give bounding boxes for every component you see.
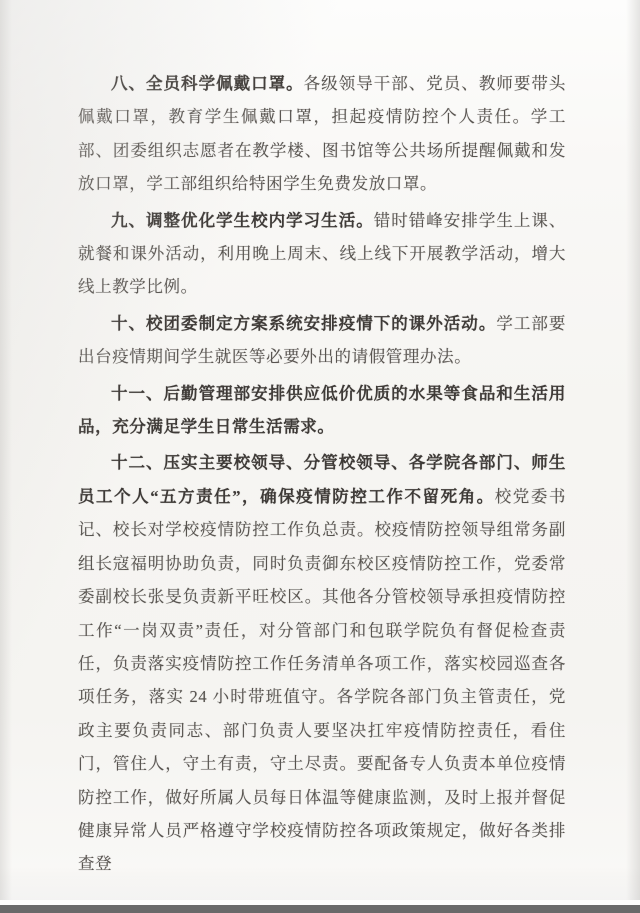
paragraph-10-lead: 十、校团委制定方案系统安排疫情下的课外活动。 xyxy=(111,314,496,333)
paragraph-9: 九、调整优化学生校内学习生活。错时错峰安排学生上课、就餐和课外活动，利用晚上周末… xyxy=(78,204,566,304)
paragraph-11-lead: 十一、后勤管理部安排供应低价优质的水果等食品和生活用品，充分满足学生日常生活需求… xyxy=(78,384,566,436)
paragraph-12-body: 校党委书记、校长对学校疫情防控工作负总责。校疫情防控领导组常务副组长寇福明协助负… xyxy=(78,487,566,873)
document-photo: 八、全员科学佩戴口罩。各级领导干部、党员、教师要带头佩戴口罩，教育学生佩戴口罩，… xyxy=(0,0,640,913)
paragraph-8-lead: 八、全员科学佩戴口罩。 xyxy=(111,74,304,93)
document-text-block: 八、全员科学佩戴口罩。各级领导干部、党员、教师要带头佩戴口罩，教育学生佩戴口罩，… xyxy=(78,67,566,884)
paragraph-10: 十、校团委制定方案系统安排疫情下的课外活动。学工部要出台疫情期间学生就医等必要外… xyxy=(78,307,566,374)
paragraph-8: 八、全员科学佩戴口罩。各级领导干部、党员、教师要带头佩戴口罩，教育学生佩戴口罩，… xyxy=(78,67,566,201)
paragraph-12: 十二、压实主要校领导、分管校领导、各学院各部门、师生员工个人“五方责任”，确保疫… xyxy=(78,446,566,880)
paragraph-12-lead: 十二、压实主要校领导、分管校领导、各学院各部门、师生员工个人“五方责任”，确保疫… xyxy=(78,453,566,505)
paragraph-9-lead: 九、调整优化学生校内学习生活。 xyxy=(111,211,374,230)
photo-bottom-edge xyxy=(0,905,640,913)
paragraph-11: 十一、后勤管理部安排供应低价优质的水果等食品和生活用品，充分满足学生日常生活需求… xyxy=(78,377,566,444)
